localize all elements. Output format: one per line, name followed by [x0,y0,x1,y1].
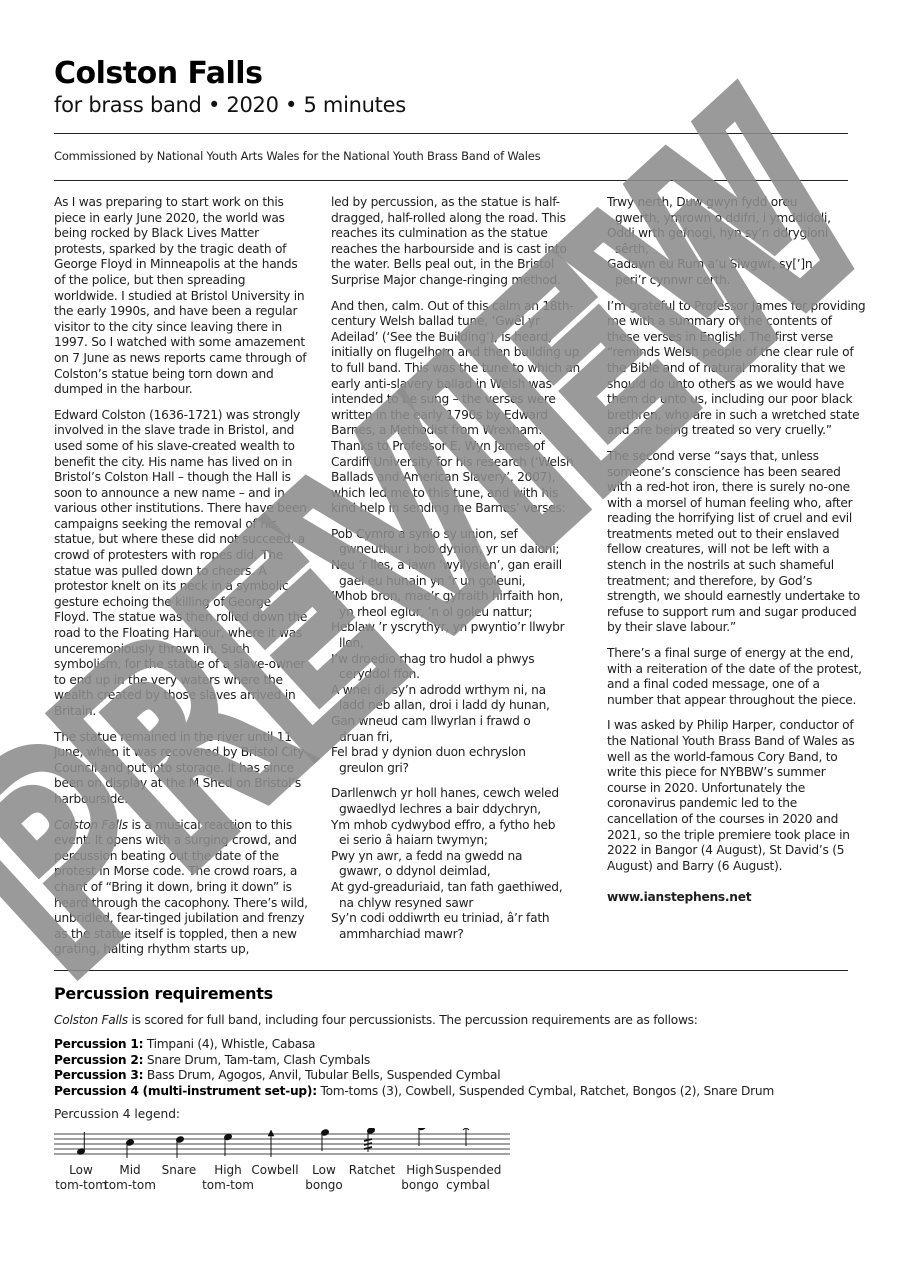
legend-item: Suspendedcymbal [433,1163,503,1193]
work-title-italic: Colston Falls [54,818,128,832]
paragraph: As I was preparing to start work on this… [54,195,309,398]
text-column-3: Trwy nerth, Duw gwyn fydd oreugwerth, ym… [607,195,867,916]
verse-line: I’w droedio rhag tro hudol a phwyscerydd… [331,652,586,683]
verse-line: ’Mhob bron, mae’r gyfraith hirfaith hon,… [331,589,586,620]
percussion-part: Percussion 4 (multi-instrument set-up): … [54,1084,774,1100]
divider [54,180,848,181]
verse-line: Neu ’r lles, a iawn ‘wyllysien’, gan era… [331,558,586,589]
paragraph: And then, calm. Out of this calm an 18th… [331,299,586,517]
paragraph: Colston Falls is a musical reaction to t… [54,818,309,958]
paragraph: The statue remained in the river until 1… [54,730,309,808]
percussion-part: Percussion 1: Timpani (4), Whistle, Caba… [54,1037,774,1053]
divider [54,970,848,971]
legend-instrument-names: Lowtom-tom Midtom-tom Snare Hightom-tom … [54,1163,514,1195]
verse-line: At gyd-greaduriaid, tan fath gaethiwed,n… [331,880,586,911]
legend-label: Percussion 4 legend: [54,1107,180,1121]
score-programme-page: Colston Falls for brass band • 2020 • 5 … [0,0,900,1273]
paragraph: I was asked by Philip Harper, conductor … [607,718,867,874]
work-title-italic: Colston Falls [54,1013,128,1027]
welsh-verse-2: Darllenwch yr holl hanes, cewch weledgwa… [331,786,586,942]
verse-line: Pwy yn awr, a fedd na gwedd nagwawr, o d… [331,849,586,880]
website-link[interactable]: www.ianstephens.net [607,890,867,906]
percussion-parts-list: Percussion 1: Timpani (4), Whistle, Caba… [54,1037,774,1099]
percussion-part: Percussion 3: Bass Drum, Agogos, Anvil, … [54,1068,774,1084]
verse-line: Gadawn eu Rum a’u Siwgwr, sy[’]nperi’r c… [607,257,867,288]
paragraph: There’s a final surge of energy at the e… [607,646,867,708]
verse-line: Fel brad y dynion duon echryslongreulon … [331,745,586,776]
verse-line: Darllenwch yr holl hanes, cewch weledgwa… [331,786,586,817]
paragraph: Edward Colston (1636-1721) was strongly … [54,408,309,720]
percussion-intro: Colston Falls is scored for full band, i… [54,1013,698,1027]
verse-line: Ym mhob cydwybod effro, a fytho hebei se… [331,818,586,849]
percussion-staff-legend [54,1128,510,1158]
welsh-verse-1: Pob Cymro a synio sy union, sefgwneuthur… [331,527,586,777]
verse-line: Oddi wrth gefnogi, hyn sy’n ddrygionisêr… [607,226,867,257]
divider [54,133,848,134]
verse-line: Sy’n codi oddiwrth eu triniad, â’r fatha… [331,911,586,942]
verse-line: Pob Cymro a synio sy union, sefgwneuthur… [331,527,586,558]
text-column-1: As I was preparing to start work on this… [54,195,309,968]
verse-line: Gan wneud cam llwyrlan i frawd odruan fr… [331,714,586,745]
page-subtitle: for brass band • 2020 • 5 minutes [54,92,406,118]
paragraph: led by percussion, as the statue is half… [331,195,586,289]
verse-line: Heblaw ’r yscrythyr, yn pwyntio’r llwybr… [331,620,586,651]
welsh-verse-3: Trwy nerth, Duw gwyn fydd oreugwerth, ym… [607,195,867,289]
paragraph: The second verse “says that, unless some… [607,449,867,636]
paragraph: I’m grateful to Professor James for prov… [607,299,867,439]
percussion-part: Percussion 2: Snare Drum, Tam-tam, Clash… [54,1053,774,1069]
page-title: Colston Falls [54,56,262,92]
commission-note: Commissioned by National Youth Arts Wale… [54,149,540,163]
verse-line: A wnei di, sy’n adrodd wrthym ni, naladd… [331,683,586,714]
section-heading-percussion: Percussion requirements [54,984,273,1003]
text-column-2: led by percussion, as the statue is half… [331,195,586,952]
verse-line: Trwy nerth, Duw gwyn fydd oreugwerth, ym… [607,195,867,226]
